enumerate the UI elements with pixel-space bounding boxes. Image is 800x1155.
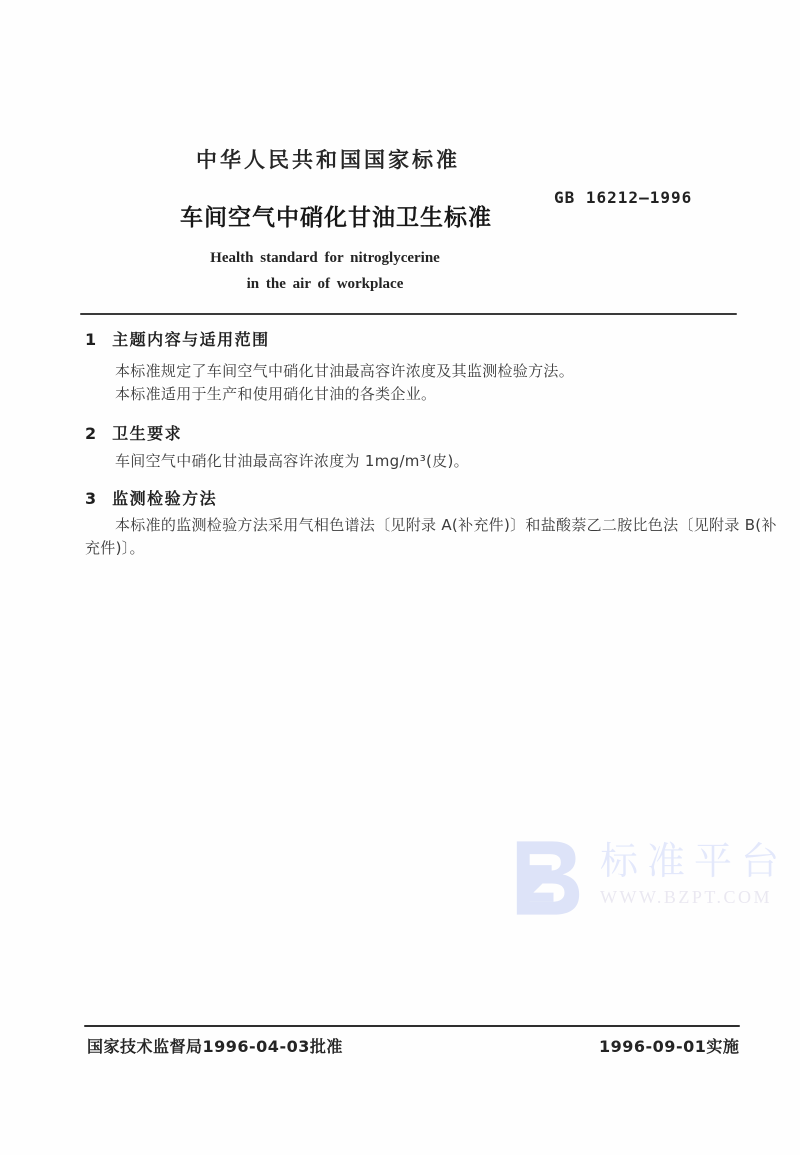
section-1-title: 主题内容与适用范围 (112, 330, 270, 349)
section-2-heading: 2卫生要求 (85, 421, 182, 444)
watermark-text: 标准平台 WWW.BZPT.COM (600, 833, 788, 908)
document-page: 中华人民共和国国家标准 GB 16212—1996 车间空气中硝化甘油卫生标准 … (0, 0, 800, 1155)
national-standard-label: 中华人民共和国国家标准 (196, 144, 460, 174)
section-1-heading: 1主题内容与适用范围 (85, 327, 270, 350)
footer-implementation-text: 1996-09-01实施 (599, 1034, 739, 1057)
watermark-site-name: 标准平台 (600, 841, 788, 881)
section-3-heading: 3监测检验方法 (85, 486, 217, 509)
document-title-en-line2: in the air of workplace (145, 271, 505, 297)
header-divider-line (80, 313, 737, 315)
section-3-title: 监测检验方法 (112, 489, 217, 508)
section-2-paragraph-1: 车间空气中硝化甘油最高容许浓度为 1mg/m³(皮)。 (85, 450, 747, 472)
document-title-en: Health standard for nitroglycerine in th… (145, 245, 505, 297)
section-1-paragraph-2: 本标准适用于生产和使用硝化甘油的各类企业。 (85, 383, 747, 405)
section-1-paragraph-1: 本标准规定了车间空气中硝化甘油最高容许浓度及其监测检验方法。 (85, 360, 747, 382)
section-3-number: 3 (85, 489, 96, 508)
section-1-number: 1 (85, 330, 96, 349)
section-3-paragraph-line2: 充件)〕。 (85, 537, 747, 559)
bzpt-logo-icon (504, 833, 592, 923)
watermark: 标准平台 WWW.BZPT.COM (504, 833, 788, 923)
document-title-en-line1: Health standard for nitroglycerine (145, 245, 505, 271)
standard-code: GB 16212—1996 (554, 188, 692, 207)
footer-divider-line (84, 1025, 740, 1027)
footer-approval-text: 国家技术监督局1996-04-03批准 (87, 1034, 343, 1057)
watermark-site-url: WWW.BZPT.COM (600, 887, 788, 908)
section-3-paragraph-line1: 本标准的监测检验方法采用气相色谱法〔见附录 A(补充件)〕和盐酸萘乙二胺比色法〔… (85, 514, 747, 536)
section-2-title: 卫生要求 (112, 424, 182, 443)
document-title-cn: 车间空气中硝化甘油卫生标准 (180, 199, 492, 232)
section-2-number: 2 (85, 424, 96, 443)
